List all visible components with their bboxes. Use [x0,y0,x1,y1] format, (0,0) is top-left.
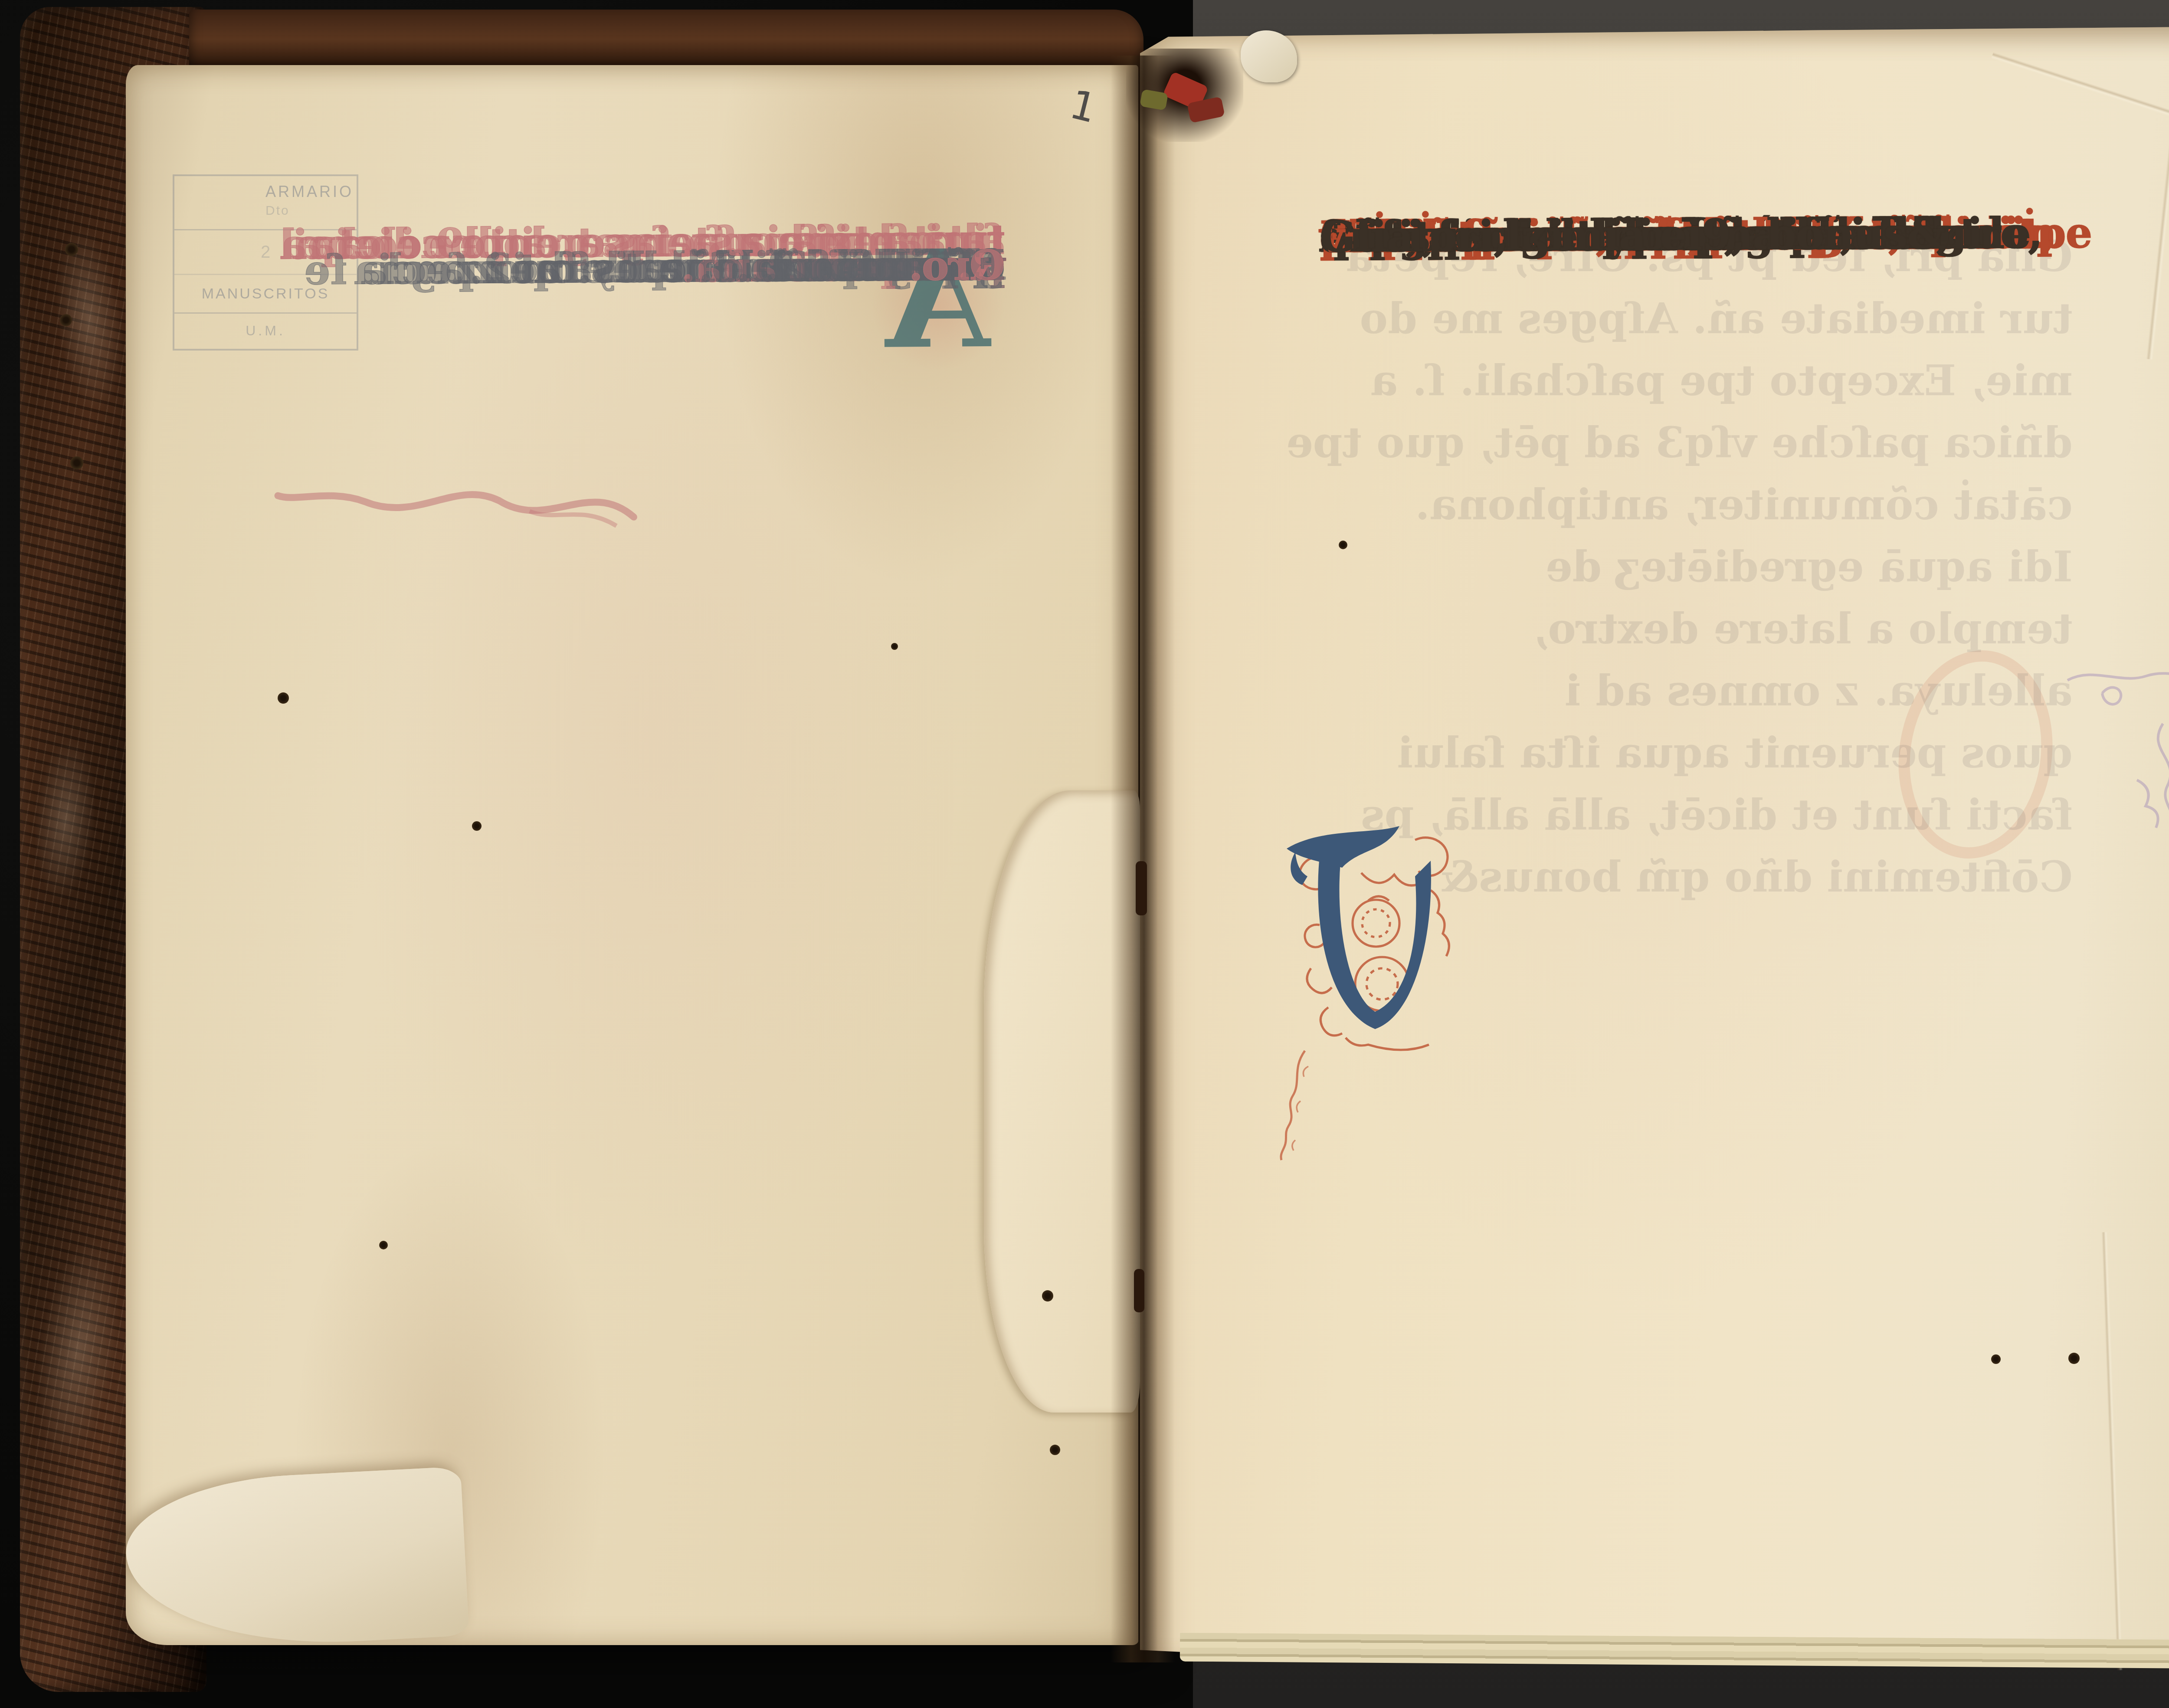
text-segment: caṫ i aſpſiõe aq̃ bñdicte i dñicis [1320,202,2037,268]
text-segment: turo miſſa aſpergat. aq bndicta [309,209,1005,276]
text-line: dñica paſche vſq3 ad pēt, quo tpe [1320,202,2073,206]
gutter-shadow [1111,56,1175,1662]
leather-cover-left [20,7,206,1692]
text-segment: Exaudi nos dñe ſcté pr̃, [1320,203,1854,268]
manuscript-photo: ARMARIO Dto 2 MANUSCRITOS U.M. finita te… [0,0,2169,1708]
text-segment: ſuper niuem dealbabo2. [469,235,1005,300]
text-segment: miam tuam. [734,235,1005,298]
text-segment: ps. [940,235,1005,297]
ghost-text-line: alleluya. z omnes ad i [1320,660,2073,722]
ghost-text-line: tur imediate añ. Aſpges me do [1320,288,2073,350]
parchment-stub [1241,30,1297,82]
text-segment: facti ſunt et dicēt, allā allā, [1320,203,1951,268]
text-line: caṫ i aſpſiõe aq̃ bñdicte i dñicis [1320,202,2073,206]
wormhole [1991,1354,2001,1364]
text-segment: Aſp [928,235,1005,297]
wormhole [379,1241,388,1249]
folio-number-left: 1 [1065,81,1101,132]
text-segment: R. [958,235,1006,297]
text-segment: vt S. [1320,205,1420,268]
ghost-text-line: Glia pri, ſed pt ps. Oſre, repeta [1320,226,2073,288]
text-segment: mundabo2 lauabis me z [473,235,1006,300]
filigree-tail [1278,1049,1326,1183]
text-segment: vobiſcū. [827,235,1005,298]
text-line: templo a latere dextro, [1320,202,2073,206]
text-line: mie, Excepto tpe paſchali. ſ. a [1320,202,2073,206]
text-segment: v. [972,235,1006,297]
ghost-text-line: facti ſunt et dicēt, allā allā, ps [1320,784,2073,846]
text-segment: dñica paſche vſq3 ad pēt, quo tpe [1320,202,2092,268]
initial-v-letter [1287,826,1431,1029]
text-segment: Dñs [918,235,1006,297]
text-segment: templo a latere dextro, [1513,202,2042,267]
text-segment: exaudi. [843,235,1005,298]
ghost-text-line: Idi aquā egrediēteʒ de [1320,536,2073,598]
text-line: Idi aquā egrediēteʒ de [1320,202,2073,206]
text-segment: ſed pt ps. [1320,205,1536,268]
text-segment: cātaṫ cõmuniter, antiphona. [1320,203,1966,268]
endband-thread-red [1187,96,1225,123]
text-segment: Dñe [915,235,1006,297]
text-segment: ps [1320,206,1372,268]
leather-gloss [47,223,131,415]
text-segment: Glia pri z filio z [661,235,1005,299]
text-segment: R. [958,235,1006,297]
text-line: paſſiõe z dñica palmaʒ nõ dicaṫ, [1320,202,2073,206]
library-stamp: ARMARIO Dto 2 MANUSCRITOS U.M. [173,174,358,351]
text-segment: repeta [1320,205,1469,268]
stamp-row1-sub: Dto [265,201,290,220]
text-segment: Glia pri, [1320,205,1508,268]
sewing-stitch [1136,861,1147,915]
text-segment: qm̃ i ſeclʒ mia ei9, [1320,203,1745,268]
page-curl-bottom-left [122,1466,469,1653]
torn-parchment-patch [984,790,1140,1413]
text-segment: finita tercia. a ſacerdote celebra [280,209,1005,276]
sewing-stitch [1134,1269,1144,1312]
wormhole [2068,1353,2080,1364]
text-line: qm̃ i ſeclʒ mia ei9, v. Glia pri, [1320,202,2073,206]
stamp-manuscritos: MANUSCRITOS [174,275,357,314]
showthrough-gray-block: A ſperges me dñe hyſopo zmundabo2 lauabi… [859,235,1006,371]
text-line: alleluya. z omnes ad i [1320,202,2073,206]
purple-showthrough-doodles [2050,650,2169,1066]
ghost-text-line: quos peruenit aqua iſta ſalui [1320,722,2073,784]
left-page-showthrough-text: finita tercia. a ſacerdote celebraturo m… [241,209,1005,214]
cover-wormhole [60,314,72,326]
wormhole [1339,541,1347,549]
wormhole [278,692,289,704]
text-segment: Oſtēde nob dñe [661,235,1005,299]
stamp-header: ARMARIO Dto [174,176,357,230]
ghost-text-line: dñica paſche vſq3 ad pēt, quo tpe [1320,412,2073,474]
ghost-text-line: mie, Excepto tpe paſchali. ſ. a [1320,350,2073,412]
endband-thread-green [1140,89,1168,111]
background-panel-right [1193,0,2169,1708]
wormhole [1042,1290,1053,1301]
text-segment: R. [958,235,1006,297]
stamp-row1: ARMARIO [265,182,354,201]
leather-gloss [24,1232,133,1466]
text-segment: v. [1320,206,1354,268]
endband-thread-red [1163,71,1209,111]
text-segment: v. [972,235,1006,297]
ghost-showthrough-text: Glia pri, ſed pt ps. Oſre, repetatur ime… [1320,226,2073,908]
leather-cover-top-edge [189,10,1143,75]
text-segment: ſperges me dñe hyſopo z [457,235,1006,300]
text-segment: pio z nūc z ſemper: z in ſecla ſe [305,235,1006,301]
text-segment: Et ſalutari. [760,235,1005,298]
wormhole [891,643,898,650]
stamp-um: U.M. [174,314,357,348]
text-segment: i [1476,205,1492,267]
left-page-parchment [126,65,1138,1645]
text-segment: Et cū ſpū tuo. [699,235,1006,298]
initial-v-filigree [1300,838,1449,1050]
ghost-text-line: templo a latere dextro, [1320,598,2073,660]
crease-line [2146,48,2169,360]
text-line: facti ſunt et dicēt, allā allā, ps [1320,202,2073,206]
text-segment: Aſpges me do [1320,204,1633,268]
crease-line [1991,52,2169,128]
text-segment: Supdicta añ, predicto modo di [1320,202,2019,268]
text-segment: clo2. Amen. [741,235,1006,298]
illuminated-initial-v [1285,821,1465,1059]
leather-gloss [29,736,101,905]
text-segment: paſſiõe z dñica palmaʒ nõ dicaṫ, [1320,202,2055,268]
cover-wormhole [65,243,78,256]
red-showthrough-ring [1885,640,2066,869]
text-segment: Cōfitemini dño qm̃ bonus& [1320,203,1945,268]
text-segment: mia tua. [820,235,1005,298]
cover-wormhole [70,456,83,469]
text-segment: Idi aquā egrediēteʒ de [1513,202,2031,267]
text-line: Supdicta añ, predicto modo di [1320,202,2073,206]
text-segment: tari flexis: z ſtans a citore i capi [292,209,1005,276]
text-line: Cōfitemini dño qm̃ bonus& [1320,202,2073,206]
text-segment: tur imediate añ. [1320,204,1693,268]
text-segment: Glia pri, [1320,205,1508,268]
text-line: Glia pri, ſed pt ps. Oſre, repeta [1320,202,2073,206]
text-line: Exaudi nos dñe ſcté pr̃, vt S. [1320,202,2073,206]
background-dark-left [0,0,1206,1708]
wormhole [1050,1445,1060,1455]
text-segment: Et repetit aña. [681,235,1006,298]
text-segment: tur antiphona. [681,209,1005,273]
page-edge-stack [1180,1633,2169,1669]
text-line: quos peruenit aqua iſta ſalui [1320,202,2073,206]
ghost-text-line: cātaṫ cõmuniter, antiphona. [1320,474,2073,536]
text-line: tur imediate añ. Aſpges me do [1320,202,2073,206]
text-segment: quos peruenit aqua iſta ſalui [1320,203,1983,268]
stamp-cell-number: 2 [174,230,357,275]
endband [1126,49,1243,142]
ghost-text-line: Cōfitemini dño qm̃ bonus& [1320,846,2073,908]
crease-line [2101,1232,2123,1670]
text-segment: mie, [1320,205,1420,268]
text-segment: altare manus eius genib9 cori al [280,209,1005,276]
text-segment: Oſre, [1320,205,1436,268]
wormhole [472,821,482,831]
text-line: cātaṫ cõmuniter, antiphona. [1320,202,2073,206]
text-segment: alleluya. z omnes ad [1476,203,1945,267]
text-segment: Oro. [909,235,1005,297]
text-segment: p totū annū excepto q̃ i dñica in [1320,202,2057,268]
text-line: p totū annū excepto q̃ i dñica in [1320,202,2073,206]
text-segment: ges me dñe. [737,235,1006,298]
right-page-text: Exaudi nos dñe ſcté pr̃, vt S.Supdicta a… [1320,202,2073,206]
penwork-flourish-showthrough [269,469,642,546]
right-page-parchment [1140,27,2169,1676]
text-segment: ſpiritui ſcõ. Sicut erat i pnci [377,235,1006,301]
initial-a-showthrough: A [870,240,1006,371]
text-segment: Miſerere mei deus fm magna [354,235,1006,301]
text-segment: Et clamo2. [765,235,1005,298]
text-segment: v. [972,235,1006,297]
text-segment: v. [972,235,1006,297]
text-segment: Excepto tpe paſchali. ſ. a [1320,203,1894,268]
